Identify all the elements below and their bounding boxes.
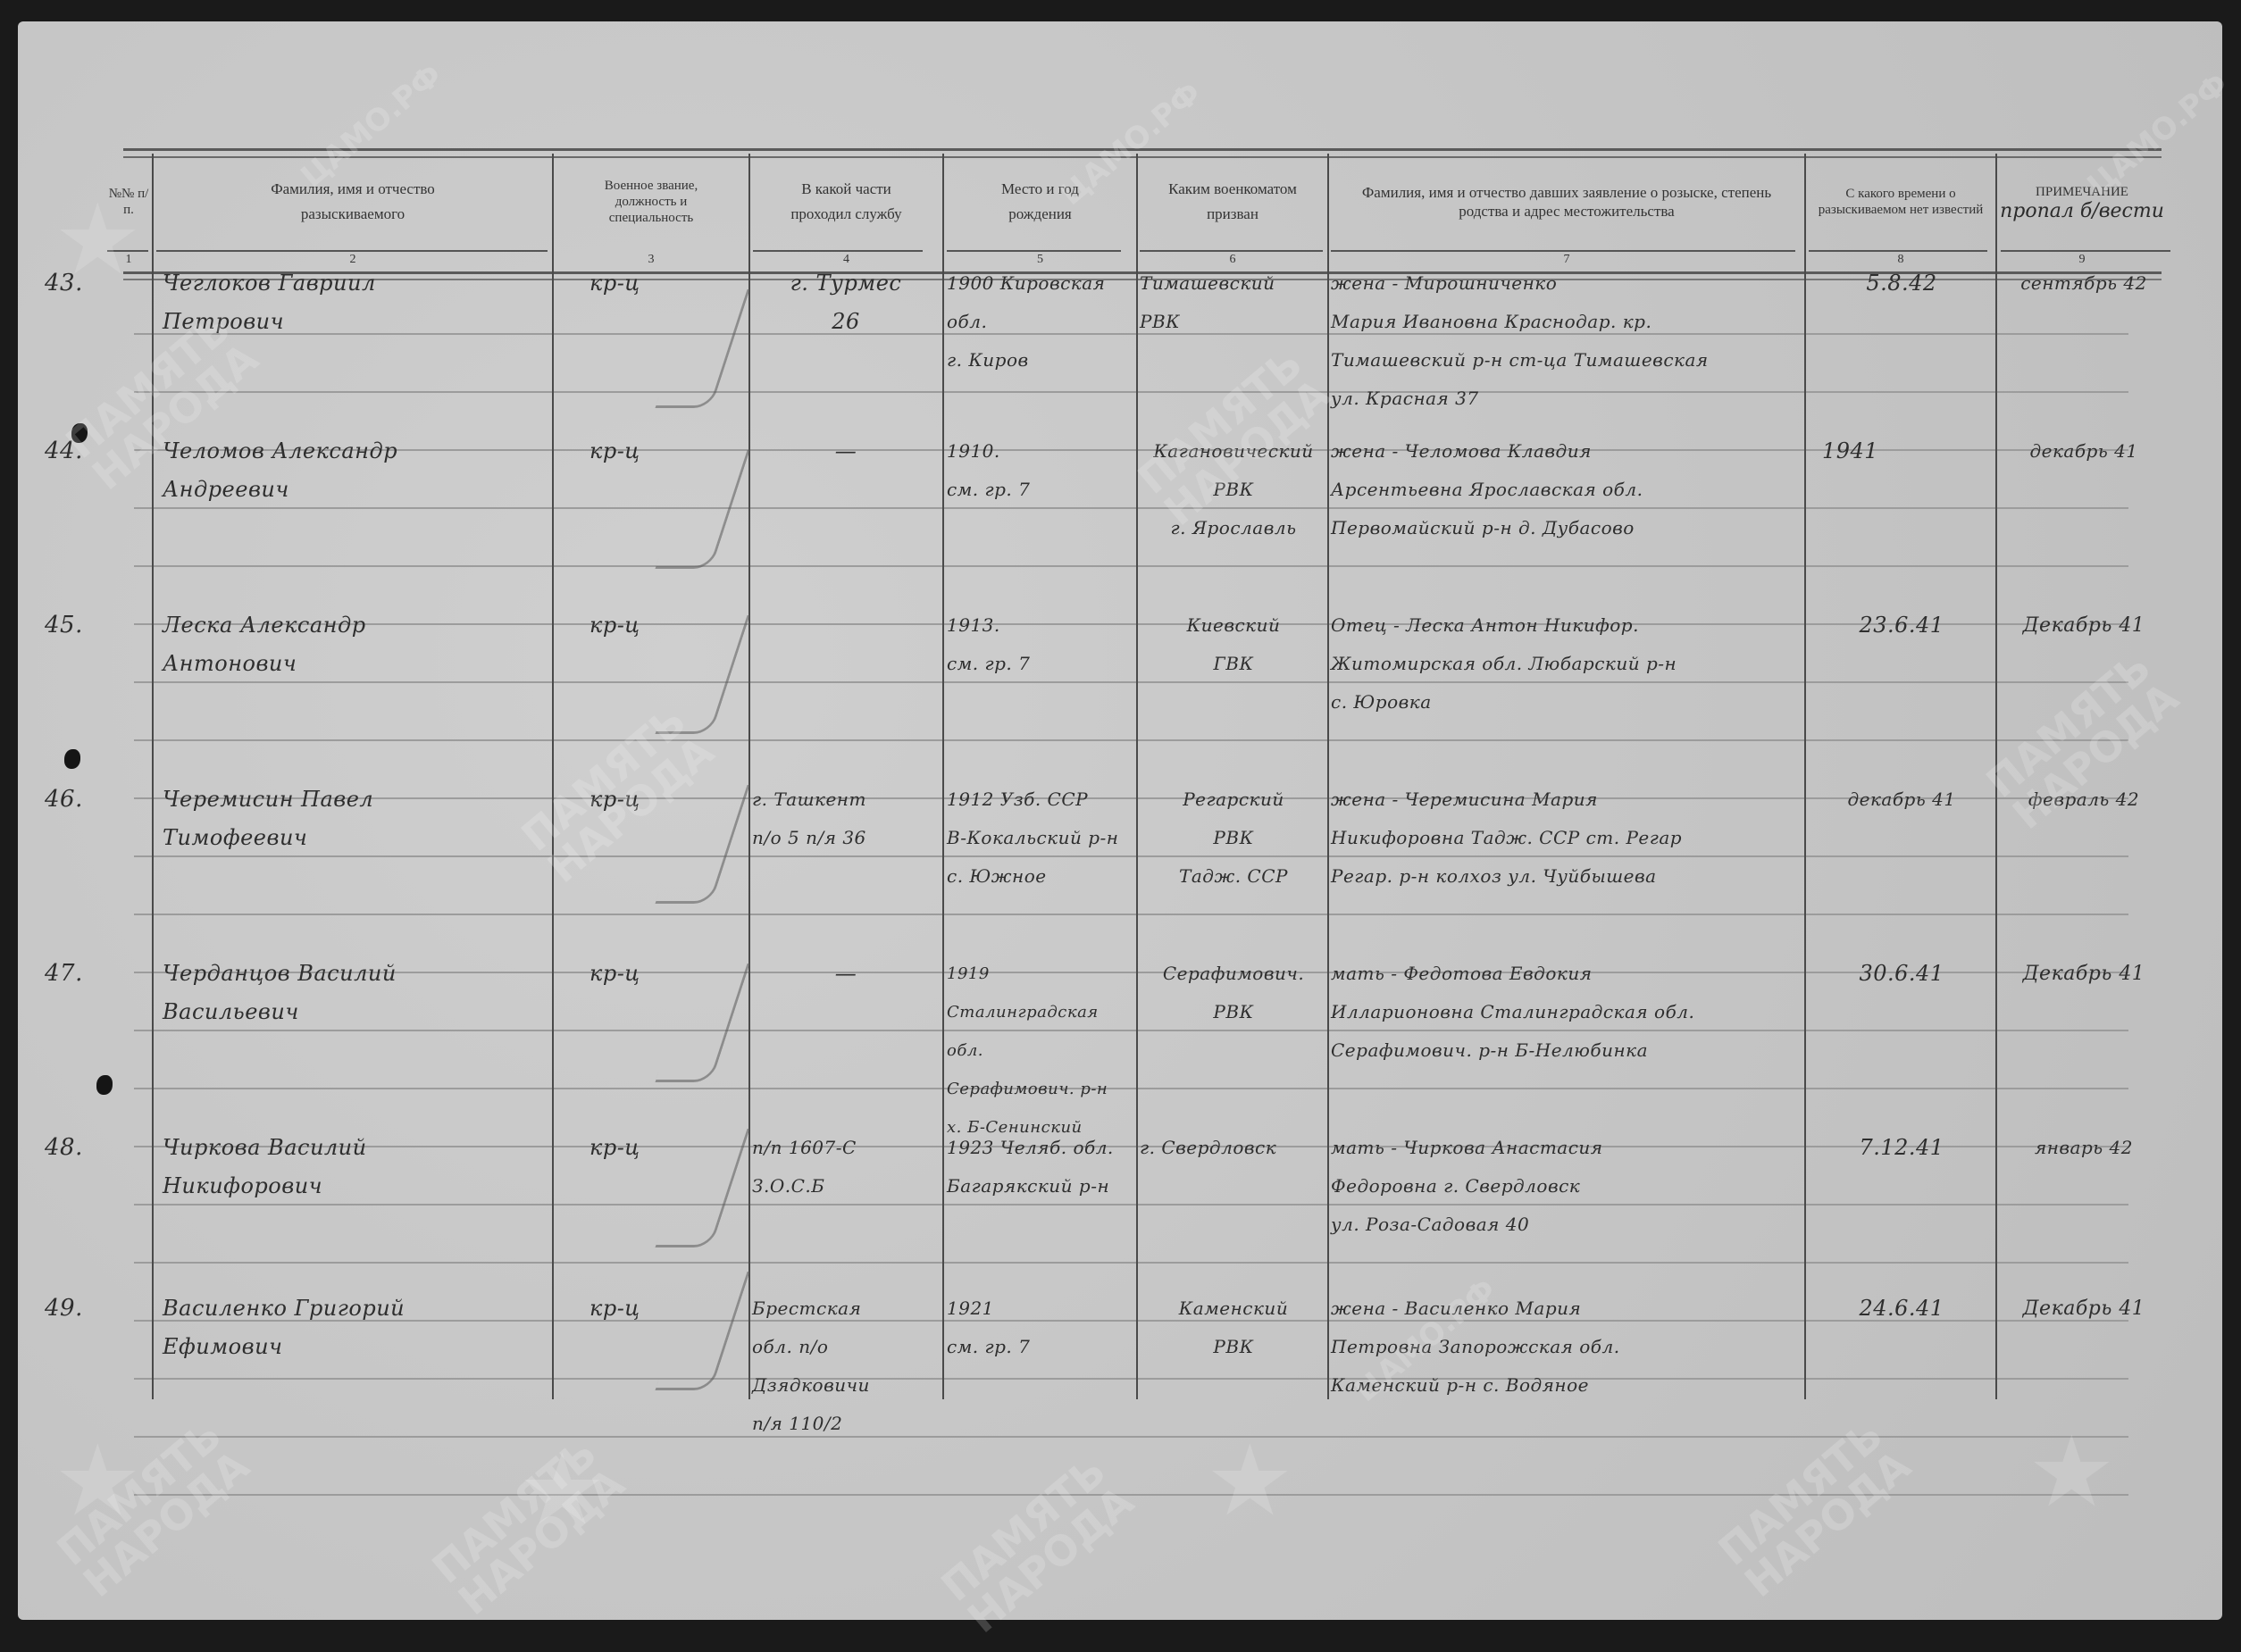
column-divider: [152, 154, 154, 1399]
applicant-info: жена - Черемисина Мария Никифоровна Тадж…: [1331, 780, 1804, 896]
row-number: 46.: [45, 780, 107, 819]
note: Декабрь 41: [1999, 1289, 2169, 1328]
applicant-info: мать - Федотова Евдокия Илларионовна Ста…: [1331, 955, 1804, 1070]
header-col-6: Каким военкоматом призван: [1138, 155, 1327, 248]
header-label: Фамилия, имя и отчество разыскиваемого: [219, 177, 487, 227]
number-rule: [947, 250, 1121, 252]
no-news-since: 5.8.42: [1808, 264, 1995, 303]
no-news-since: 30.6.41: [1808, 955, 1995, 993]
number-rule: [156, 250, 548, 252]
header-col-4: В какой части проходил службу: [750, 155, 942, 248]
column-divider: [748, 154, 750, 1399]
row-number: 48.: [45, 1129, 107, 1167]
punch-hole: [71, 423, 88, 443]
header-label: Место и год рождения: [991, 177, 1090, 227]
military-unit: г. Ташкент п/о 5 п/я 36: [752, 780, 940, 857]
person-name: Черемисин Павел Тимофеевич: [163, 780, 547, 857]
header-col-1: №№ п/п.: [105, 155, 152, 248]
person-name: Василенко Григорий Ефимович: [163, 1289, 547, 1366]
column-divider: [942, 154, 944, 1399]
number-rule: [753, 250, 923, 252]
commissariat: Серафимович. РВК: [1140, 955, 1327, 1031]
note: Декабрь 41: [1999, 955, 2169, 993]
row-number: 43.: [45, 264, 107, 303]
number-rule: [107, 250, 148, 252]
no-news-since: 7.12.41: [1808, 1129, 1995, 1167]
row-number: 49.: [45, 1289, 107, 1328]
document-sheet: №№ п/п. Фамилия, имя и отчество разыскив…: [18, 21, 2222, 1620]
person-name: Челомов Александр Андреевич: [163, 432, 547, 509]
person-name: Чеглоков Гавриил Петрович: [163, 264, 547, 341]
military-unit: г. Турмес 26: [752, 264, 940, 341]
birth-place-year: 1921 см. гр. 7: [947, 1289, 1134, 1366]
birth-place-year: 1923 Челяб. обл. Багарякский р-н: [947, 1129, 1134, 1206]
header-label: №№ п/п.: [105, 186, 152, 218]
birth-place-year: 1913. см. гр. 7: [947, 606, 1134, 683]
birth-place-year: 1919 Сталинградская обл. Серафимович. р-…: [947, 955, 1134, 1147]
column-divider: [1995, 154, 1997, 1399]
punch-hole: [96, 1075, 113, 1095]
military-unit: —: [752, 432, 940, 471]
birth-place-year: 1912 Узб. ССР В-Кокальский р-н с. Южное: [947, 780, 1134, 896]
number-rule: [2001, 250, 2170, 252]
note: сентябрь 42: [1999, 264, 2169, 303]
note: Декабрь 41: [1999, 606, 2169, 645]
header-col-8: С какого времени о разыскиваемом нет изв…: [1806, 155, 1995, 248]
commissariat: Тимашевский РВК: [1140, 264, 1327, 341]
applicant-info: жена - Челомова Клавдия Арсентьевна Ярос…: [1331, 432, 1804, 547]
column-divider: [1327, 154, 1329, 1399]
column-divider: [552, 154, 554, 1399]
punch-hole: [64, 749, 80, 769]
commissariat: Регарский РВК Тадж. ССР: [1140, 780, 1327, 896]
applicant-info: жена - Василенко Мария Петровна Запорожс…: [1331, 1289, 1804, 1405]
note: февраль 42: [1999, 780, 2169, 819]
person-name: Чиркова Василий Никифорович: [163, 1129, 547, 1206]
number-rule: [1809, 250, 1987, 252]
row-number: 47.: [45, 955, 107, 993]
header-label: Фамилия, имя и отчество давших заявление…: [1348, 183, 1785, 221]
header-label: ПРИМЕЧАНИЕ: [2036, 184, 2128, 200]
number-rule: [1140, 250, 1323, 252]
person-name: Черданцов Василий Васильевич: [163, 955, 547, 1031]
birth-place-year: 1900 Кировская обл. г. Киров: [947, 264, 1134, 380]
header-col-7: Фамилия, имя и отчество давших заявление…: [1329, 155, 1804, 248]
star-emblem-icon: ★: [54, 1423, 142, 1538]
header-label: Каким военкоматом призван: [1152, 177, 1313, 227]
military-unit: —: [752, 955, 940, 993]
military-unit: Брестская обл. п/о Дзядковичи п/я 110/2: [752, 1289, 940, 1443]
applicant-info: Отец - Леска Антон Никифор. Житомирская …: [1331, 606, 1804, 722]
header-col-5: Место и год рождения: [944, 155, 1136, 248]
applicant-info: жена - Мирошниченко Мария Ивановна Красн…: [1331, 264, 1804, 418]
applicant-info: мать - Чиркова Анастасия Федоровна г. Св…: [1331, 1129, 1804, 1244]
column-number: 1: [105, 253, 152, 271]
column-divider: [1804, 154, 1806, 1399]
header-col-2: Фамилия, имя и отчество разыскиваемого: [154, 155, 552, 248]
column-divider: [1136, 154, 1138, 1399]
header-col-9: ПРИМЕЧАНИЕ пропал б/вести: [1997, 155, 2167, 248]
no-news-since: 23.6.41: [1808, 606, 1995, 645]
no-news-since: 24.6.41: [1808, 1289, 1995, 1328]
note: январь 42: [1999, 1129, 2169, 1167]
header-label: В какой части проходил службу: [771, 177, 923, 227]
no-news-since: декабрь 41: [1808, 780, 1995, 819]
person-name: Леска Александр Антонович: [163, 606, 547, 683]
row-number: 45.: [45, 606, 107, 645]
birth-place-year: 1910. см. гр. 7: [947, 432, 1134, 509]
header-col-3: Военное звание, должность и специальност…: [554, 155, 748, 248]
military-unit: п/п 1607-С З.О.С.Б: [752, 1129, 940, 1206]
no-news-since: 1941: [1822, 432, 1992, 471]
header-label: Военное звание, должность и специальност…: [584, 178, 718, 226]
commissariat: г. Свердловск: [1140, 1129, 1327, 1167]
commissariat: Кагановический РВК г. Ярославль: [1140, 432, 1327, 547]
number-rule: [1331, 250, 1795, 252]
commissariat: Киевский ГВК: [1140, 606, 1327, 683]
header-label: С какого времени о разыскиваемом нет изв…: [1816, 186, 1986, 218]
handwritten-note-header: пропал б/вести: [2000, 204, 2164, 220]
commissariat: Каменский РВК: [1140, 1289, 1327, 1366]
note: декабрь 41: [1999, 432, 2169, 471]
